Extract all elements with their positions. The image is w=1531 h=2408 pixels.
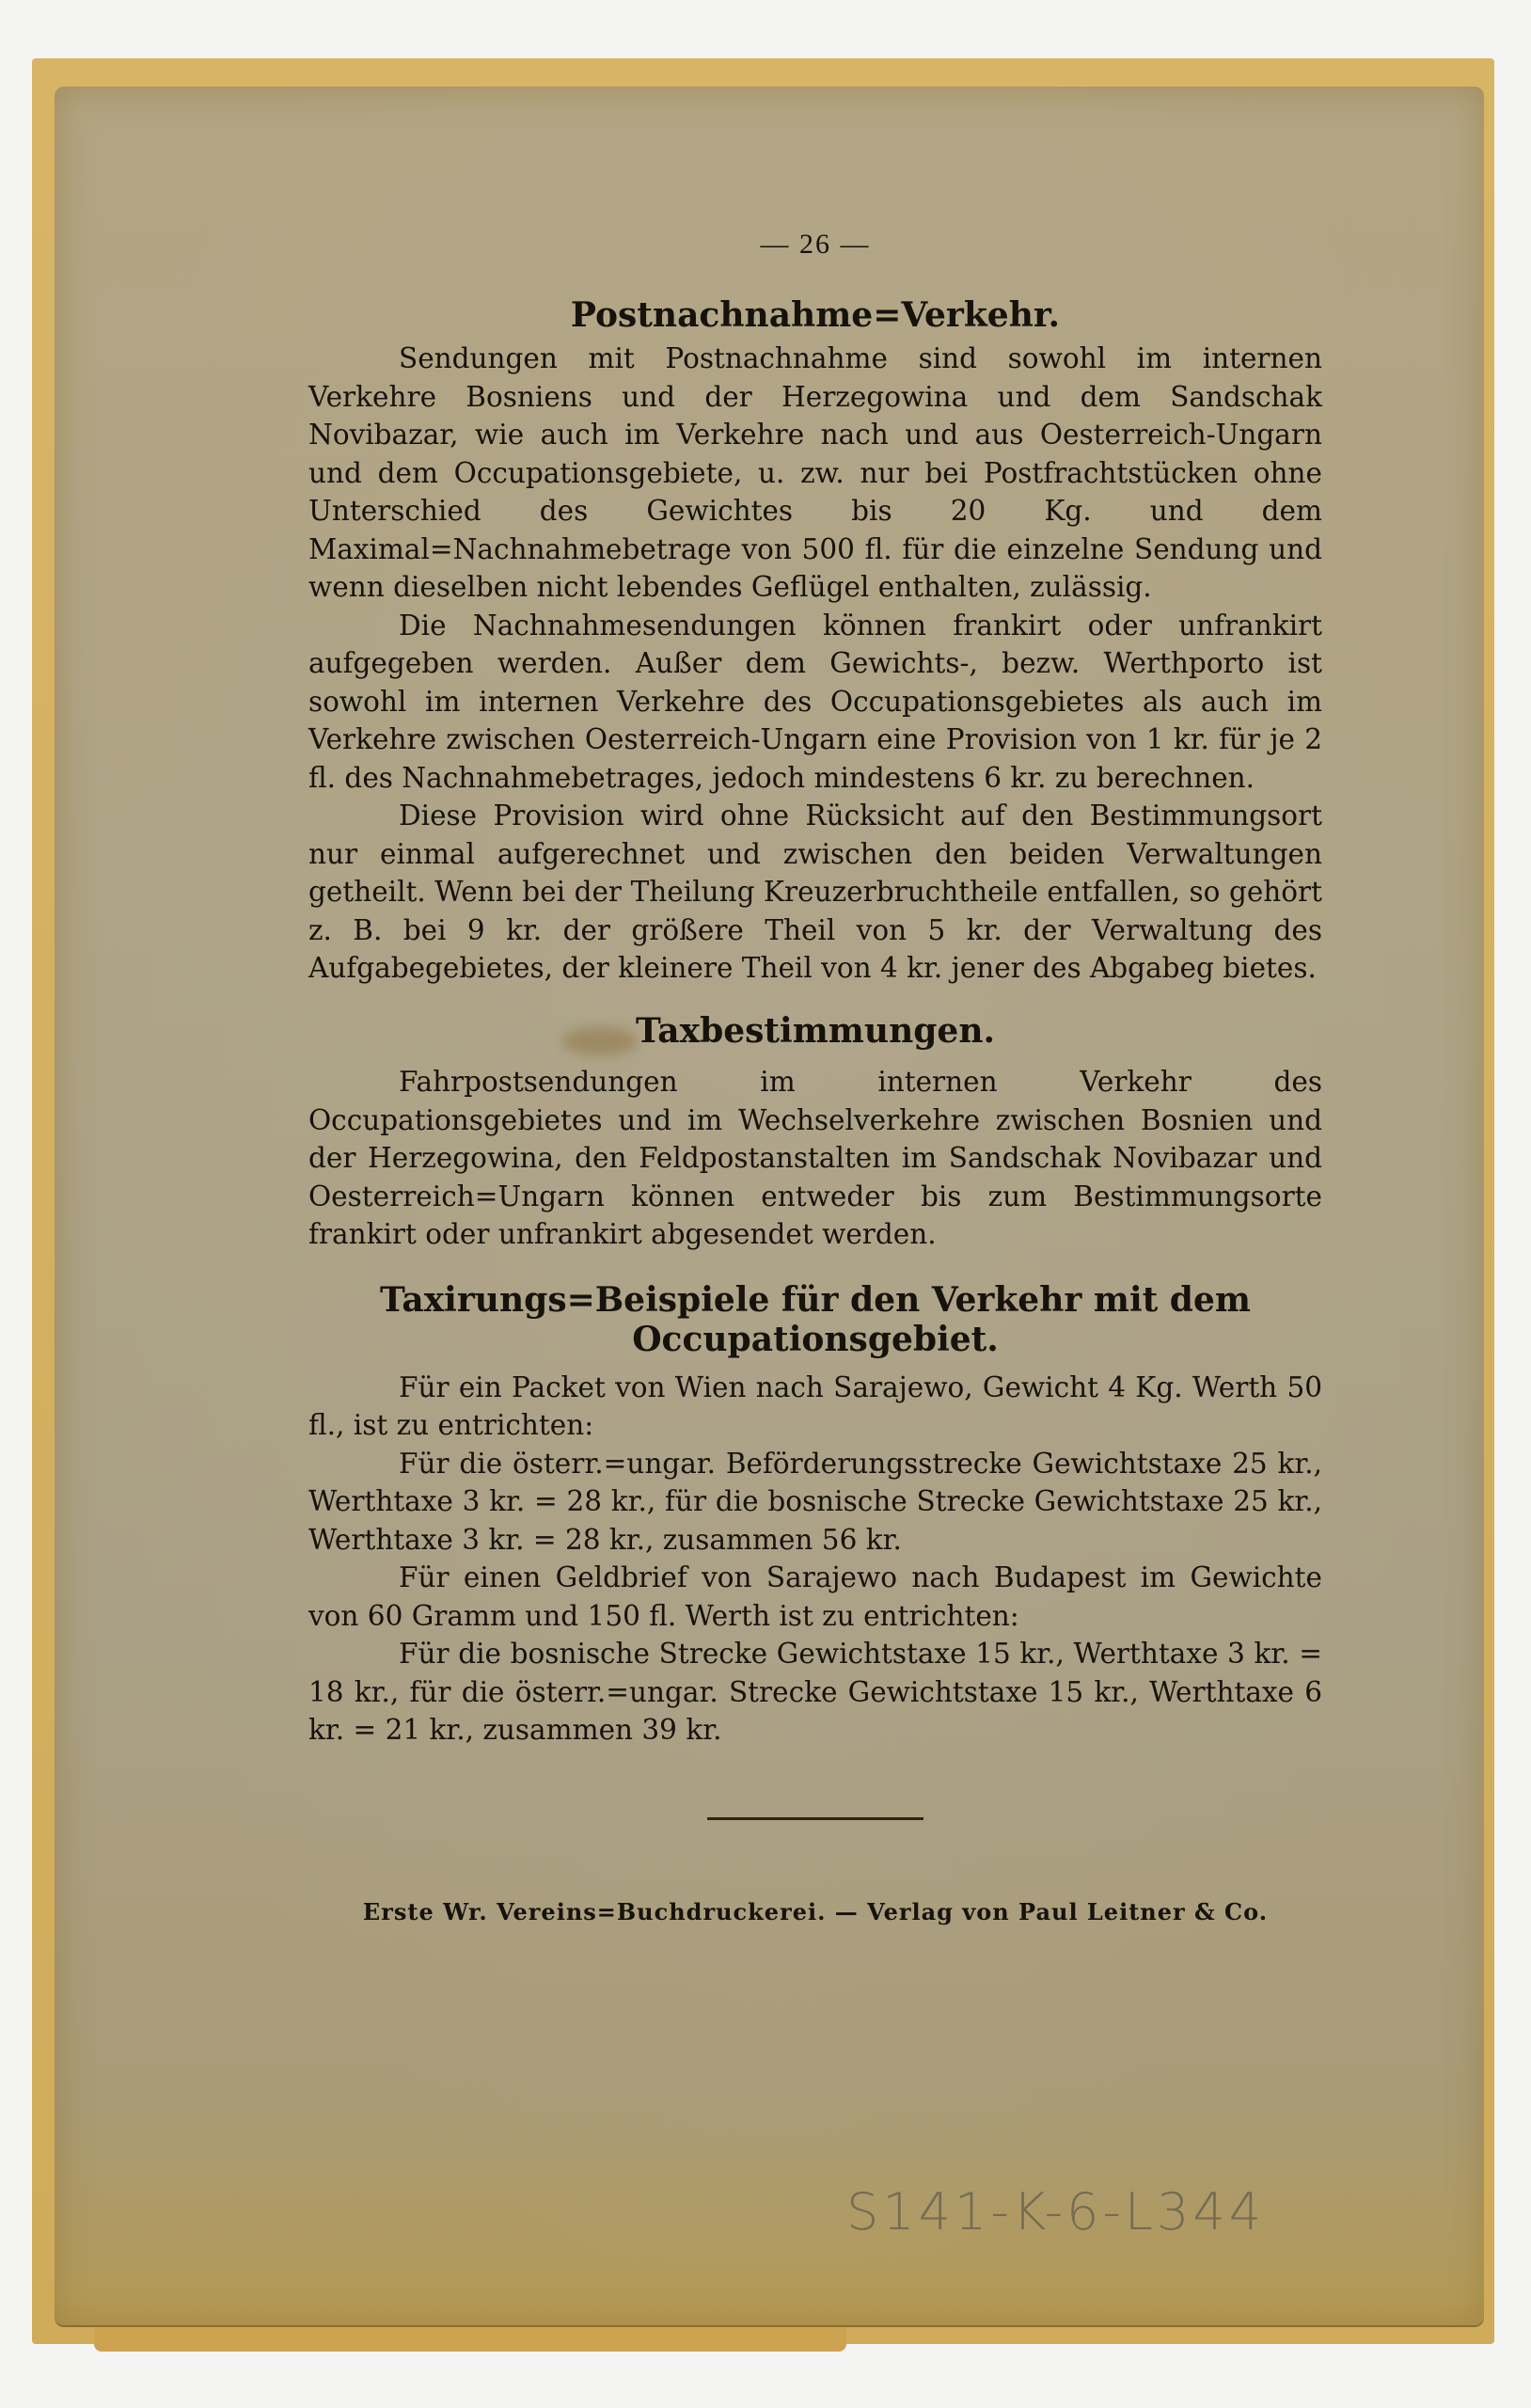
pencil-shelfmark: S141-K-6-L344 <box>846 2182 1265 2242</box>
paragraph: Für die österr.=ungar. Beförderungsstrec… <box>308 1445 1322 1560</box>
paragraph: Für die bosnische Strecke Gewichtstaxe 1… <box>308 1635 1322 1750</box>
paragraph: Die Nachnahmesendungen können frankirt o… <box>308 607 1322 798</box>
paragraph: Für ein Packet von Wien nach Sarajewo, G… <box>308 1369 1322 1445</box>
section-heading-postnachnahme: Postnachnahme=Verkehr. <box>308 296 1322 335</box>
paragraph: Diese Provision wird ohne Rücksicht auf … <box>308 797 1322 988</box>
section-heading-taxbestimmungen: Taxbestimmungen. <box>308 1012 1322 1051</box>
page-number: — 26 — <box>308 226 1322 264</box>
paragraph: Sendungen mit Postnachnahme sind sowohl … <box>308 340 1322 607</box>
paragraph: Für einen Geldbrief von Sarajewo nach Bu… <box>308 1559 1322 1635</box>
paragraph: Fahrpostsendungen im internen Verkehr de… <box>308 1063 1322 1254</box>
page-content: — 26 — Postnachnahme=Verkehr. Sendungen … <box>308 226 1322 1931</box>
printer-imprint: Erste Wr. Vereins=Buchdruckerei. — Verla… <box>308 1893 1322 1932</box>
section-heading-taxirungs-beispiele: Taxirungs=Beispiele für den Verkehr mit … <box>308 1280 1322 1359</box>
divider-rule <box>707 1817 923 1820</box>
